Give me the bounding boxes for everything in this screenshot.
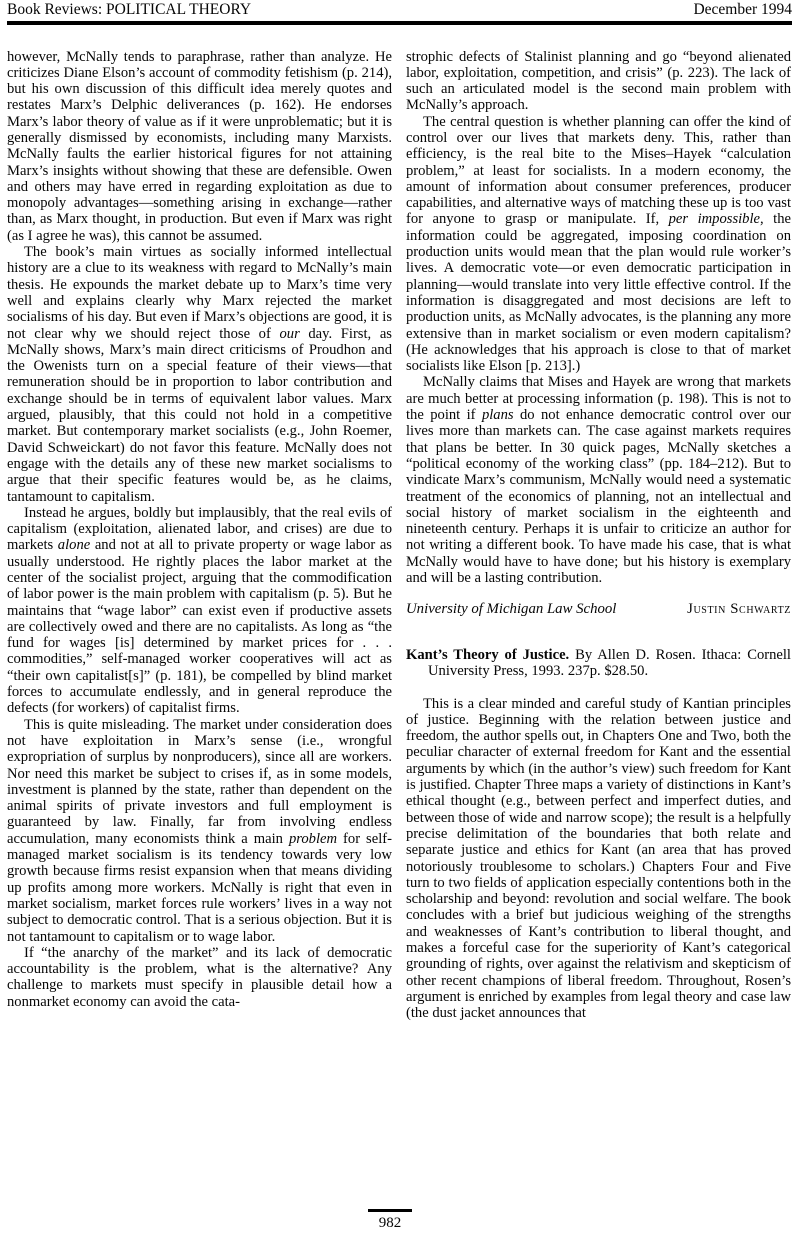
paragraph-continuation: however, McNally tends to paraphrase, ra… [7, 49, 392, 245]
right-column: strophic defects of Stalinist planning a… [406, 49, 791, 1022]
page-footer: 982 [0, 1209, 780, 1232]
two-column-body: however, McNally tends to paraphrase, ra… [7, 49, 791, 1022]
paragraph: If “the anarchy of the market” and its l… [7, 945, 392, 1010]
page-number: 982 [0, 1215, 780, 1232]
book-review-heading: Kant’s Theory of Justice. By Allen D. Ro… [406, 647, 791, 680]
paragraph-continuation: strophic defects of Stalinist planning a… [406, 49, 791, 114]
paragraph: McNally claims that Mises and Hayek are … [406, 374, 791, 586]
paragraph: The central question is whether planning… [406, 114, 791, 375]
running-head-title: Book Reviews: POLITICAL THEORY [7, 1, 251, 18]
issue-date: December 1994 [693, 1, 792, 18]
header-rule [7, 21, 792, 25]
paragraph: This is a clear minded and careful study… [406, 696, 791, 1022]
running-header: Book Reviews: POLITICAL THEORY December … [0, 0, 800, 18]
review-byline: University of Michigan Law School Justin… [406, 601, 791, 617]
reviewer-affiliation: University of Michigan Law School [406, 601, 616, 617]
paragraph: Instead he argues, boldly but implausibl… [7, 505, 392, 717]
left-column: however, McNally tends to paraphrase, ra… [7, 49, 392, 1022]
paragraph: This is quite misleading. The market und… [7, 717, 392, 945]
reviewer-name: Justin Schwartz [687, 601, 791, 617]
paragraph: The book’s main virtues as socially info… [7, 244, 392, 505]
journal-page: Book Reviews: POLITICAL THEORY December … [0, 0, 800, 1241]
footer-rule [368, 1209, 412, 1212]
